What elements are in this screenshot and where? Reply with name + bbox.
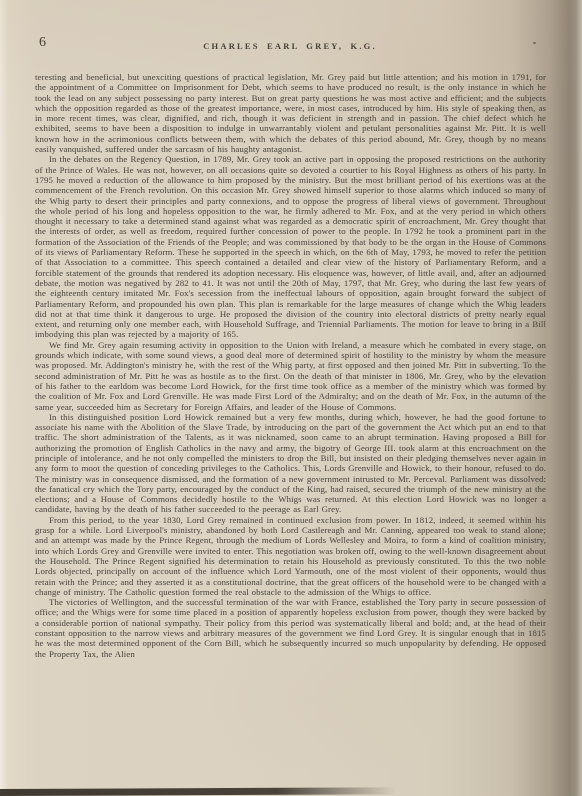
paragraph: In this distinguished position Lord Howi… — [35, 412, 546, 515]
paragraph: The victories of Wellington, and the suc… — [35, 597, 546, 659]
running-header-title: CHARLES EARL GREY, K.G. — [35, 38, 545, 51]
page-right-edge — [576, 0, 582, 796]
paper-speck — [533, 42, 536, 44]
paragraph: From this period, to the year 1830, Lord… — [35, 515, 546, 597]
paragraph: We find Mr. Grey again resuming activity… — [35, 340, 546, 412]
scan-shadow — [0, 787, 396, 796]
paragraph: teresting and beneficial, but unexciting… — [35, 72, 546, 154]
paragraph: In the debates on the Regency Question, … — [35, 154, 546, 339]
book-page: 6 CHARLES EARL GREY, K.G. teresting and … — [0, 0, 582, 796]
page-number: 6 — [39, 35, 47, 51]
page-header: 6 CHARLES EARL GREY, K.G. — [35, 38, 545, 56]
body-text: teresting and beneficial, but unexciting… — [35, 72, 546, 659]
